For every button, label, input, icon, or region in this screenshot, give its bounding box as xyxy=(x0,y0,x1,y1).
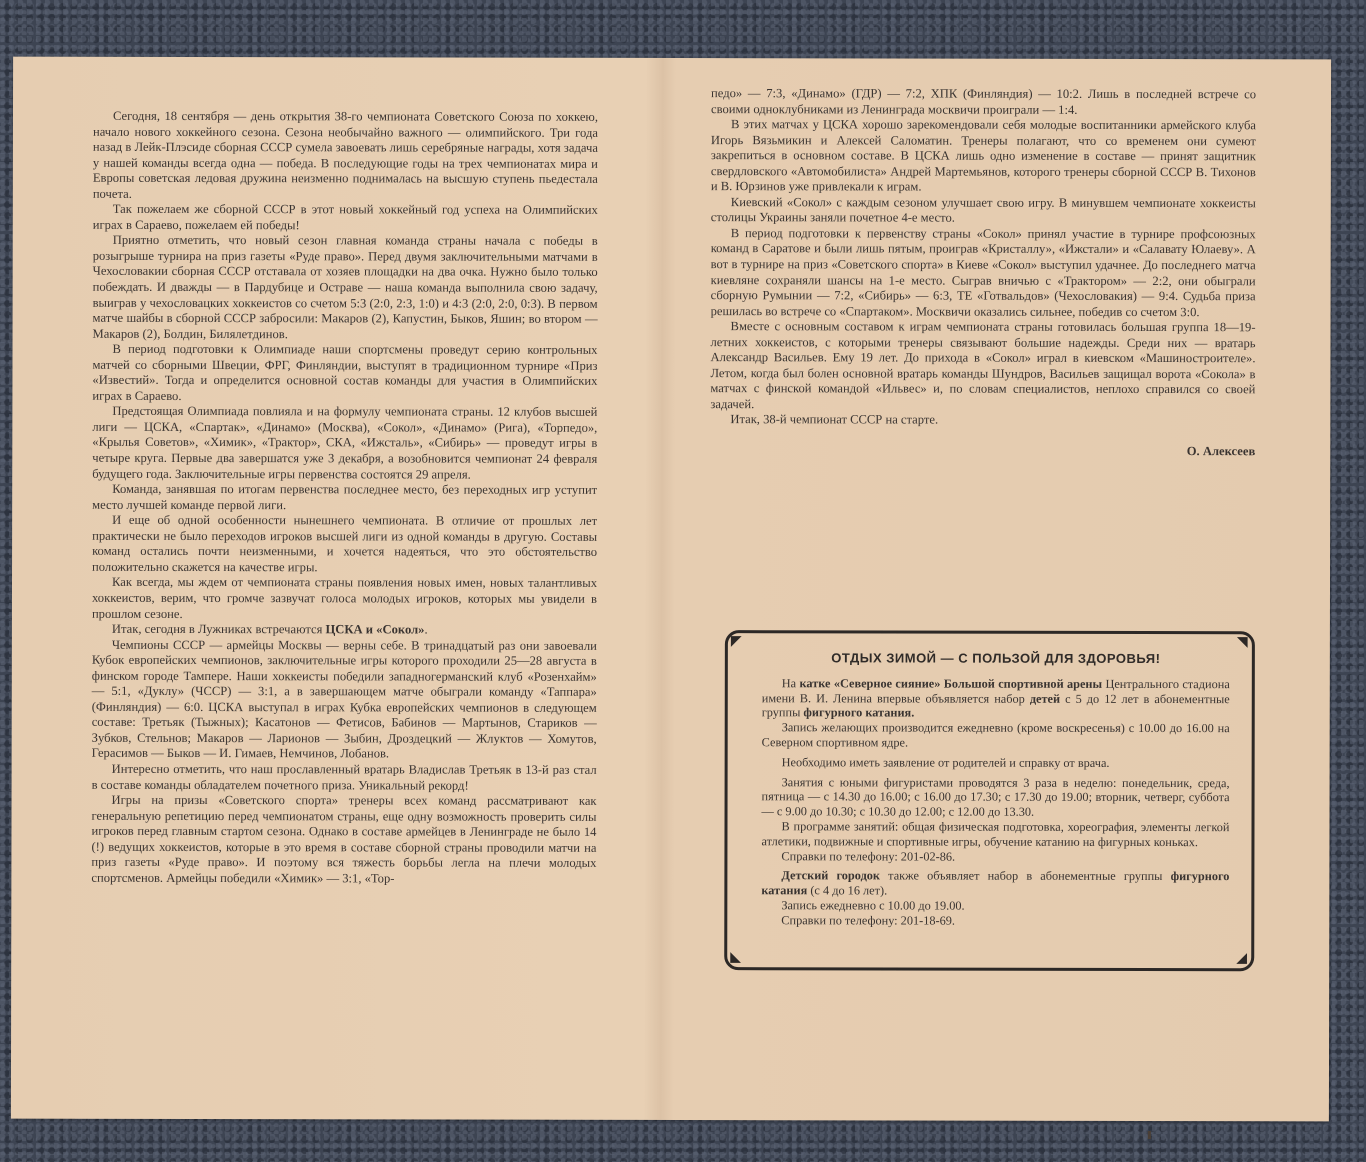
program-sheet: Сегодня, 18 сентября — день открытия 38-… xyxy=(11,57,1331,1122)
advert-paragraph: Запись ежедневно с 10.00 до 19.00. xyxy=(761,898,1229,914)
article-paragraph: Игры на призы «Советского спорта» тренер… xyxy=(91,793,596,887)
article-paragraph: Команда, занявшая по итогам первенства п… xyxy=(92,482,597,514)
author-signature: О. Алексеев xyxy=(710,443,1255,460)
article-paragraph-matchup: Итак, сегодня в Лужниках встречаются ЦСК… xyxy=(92,622,597,639)
article-paragraph: Вместе с основным составом к играм чемпи… xyxy=(710,319,1255,413)
article-paragraph: Итак, 38-й чемпионат СССР на старте. xyxy=(710,413,1255,430)
advert-phone: Справки по телефону: 201-02-86. xyxy=(761,849,1229,865)
text: также объявляет набор в абонементные гру… xyxy=(880,869,1171,884)
article-paragraph: педо» — 7:3, «Динамо» (ГДР) — 7:2, ХПК (… xyxy=(711,86,1256,118)
matchup-text: Итак, сегодня в Лужниках встречаются ЦСК… xyxy=(112,622,428,637)
bold-text: Детский городок xyxy=(781,869,880,883)
print-mark xyxy=(1148,1131,1151,1139)
corner-ornament-icon: ◢ xyxy=(1236,953,1248,965)
article-paragraph: Так пожелаем же сборной СССР в этот новы… xyxy=(93,202,598,234)
article-paragraph: Как всегда, мы ждем от чемпионата страны… xyxy=(92,575,597,623)
left-page-article: Сегодня, 18 сентября — день открытия 38-… xyxy=(91,109,598,887)
bold-text: фигурного катания. xyxy=(803,706,914,720)
advert-paragraph: В программе занятий: общая физическая по… xyxy=(761,819,1229,850)
advert-paragraph: На катке «Северное сияние» Большой спорт… xyxy=(762,676,1230,721)
advert-paragraph: Детский городок также объявляет набор в … xyxy=(761,869,1229,900)
article-paragraph: Чемпионы СССР — армейцы Москвы — верны с… xyxy=(92,637,597,762)
right-page-article: педо» — 7:3, «Динамо» (ГДР) — 7:2, ХПК (… xyxy=(710,86,1256,460)
article-paragraph: Сегодня, 18 сентября — день открытия 38-… xyxy=(93,109,598,203)
article-paragraph: Приятно отметить, что новый сезон главна… xyxy=(93,233,598,343)
bold-text: катке «Северное сияние» Большой спортивн… xyxy=(799,676,1102,691)
article-paragraph: Предстоящая Олимпиада повлияла и на форм… xyxy=(92,404,597,483)
advert-paragraph: Необходимо иметь заявление от родителей … xyxy=(762,755,1230,771)
article-paragraph: В период подготовки к первенству страны … xyxy=(711,226,1256,320)
corner-ornament-icon: ◤ xyxy=(731,636,743,648)
article-paragraph: Интересно отметить, что наш прославленны… xyxy=(92,762,597,794)
advert-title: ОТДЫХ ЗИМОЙ — С ПОЛЬЗОЙ ДЛЯ ЗДОРОВЬЯ! xyxy=(762,651,1230,667)
advert-paragraph: Занятия с юными фигуристами проводятся 3… xyxy=(762,775,1230,820)
article-paragraph: И еще об одной особенности нынешнего чем… xyxy=(92,513,597,576)
text: (с 4 до 16 лет). xyxy=(807,883,887,897)
corner-ornament-icon: ◥ xyxy=(1237,637,1249,649)
advert-box: ◤ ◥ ◣ ◢ ОТДЫХ ЗИМОЙ — С ПОЛЬЗОЙ ДЛЯ ЗДОР… xyxy=(724,630,1255,971)
advert-phone: Справки по телефону: 201-18-69. xyxy=(761,913,1229,929)
corner-ornament-icon: ◣ xyxy=(730,952,742,964)
advert-paragraph: Запись желающих производится ежедневно (… xyxy=(762,720,1230,751)
article-paragraph: В период подготовки к Олимпиаде наши спо… xyxy=(92,342,597,405)
bold-team-names: ЦСКА и «Сокол» xyxy=(326,622,425,636)
article-paragraph: Киевский «Сокол» с каждым сезоном улучша… xyxy=(711,195,1256,227)
bold-text: детей xyxy=(1030,691,1060,705)
text: На xyxy=(782,676,800,690)
article-paragraph: В этих матчах у ЦСКА хорошо зарекомендов… xyxy=(711,117,1256,196)
